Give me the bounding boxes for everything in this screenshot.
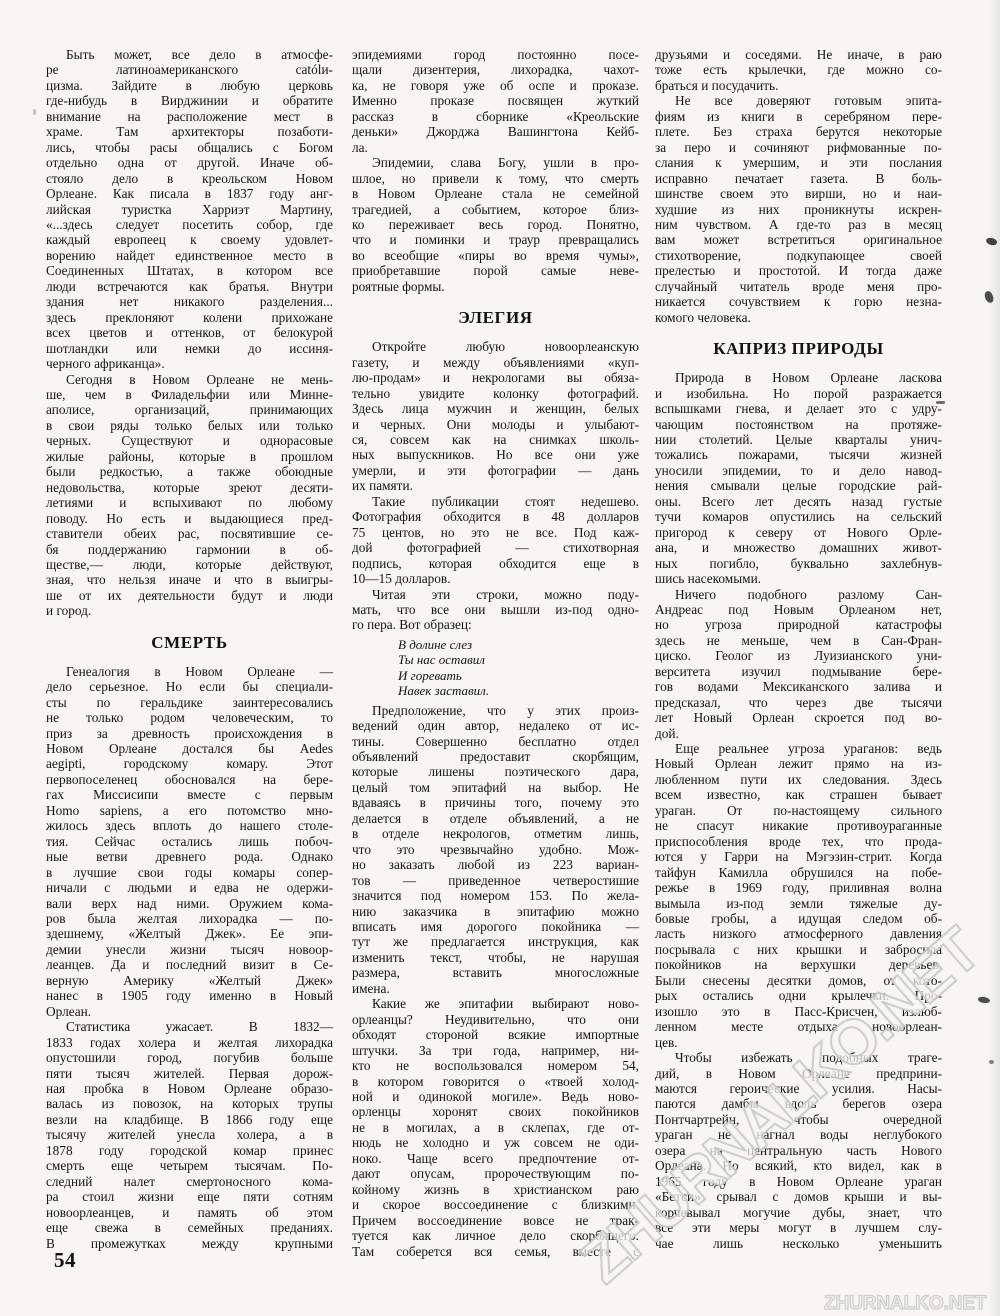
text-line: умерли, и эти фотографии — дань xyxy=(352,463,639,478)
text-line: нии столетий. Целые кварталы унич- xyxy=(655,432,942,447)
text-line: маются героические усилия. Насы- xyxy=(655,1081,942,1096)
text-line: стихотворение, подкупающее своей xyxy=(655,248,942,263)
text-line: которые лишены поэтического дара, xyxy=(352,764,639,779)
text-line: не в могилах, а в склепах, где от- xyxy=(352,1120,639,1135)
text-line: валась из повозок, на которых трупы xyxy=(46,1096,333,1111)
text-line: тут же предлагается инструкция, как xyxy=(352,934,639,949)
text-line: уносили эпидемии, то и дело навод- xyxy=(655,463,942,478)
text-line: Новом Орлеане достался бы Aedes xyxy=(46,741,333,756)
paragraph: Откройте любую новоорлеанскуюгазету, и м… xyxy=(352,339,639,494)
text-line: храме. Там архитекторы позаботи- xyxy=(46,124,333,139)
text-column-2: эпидемиями город постоянно посе-щали диз… xyxy=(352,47,639,1259)
text-line: изменить текст, чтобы, не нарушая xyxy=(352,950,639,965)
text-line: тайфун Камилла обрушился на побе- xyxy=(655,865,942,880)
text-line: ведений один автор, недалеко от ис- xyxy=(352,718,639,733)
text-line: мать, что все они вышли из-под одно- xyxy=(352,602,639,617)
section-heading: ЭЛЕГИЯ xyxy=(352,308,639,327)
text-line: отдельно одна от другой. Иначе об- xyxy=(46,155,333,170)
text-line: Ничего подобного разлому Сан- xyxy=(655,587,942,602)
text-line: Сегодня в Новом Орлеане не мень- xyxy=(46,372,333,387)
text-line: 1833 годах холера и желтая лихорадка xyxy=(46,1035,333,1050)
page-number: 54 xyxy=(54,1248,76,1273)
text-line: друзьями и соседями. Не иначе, в раю xyxy=(655,47,942,62)
text-line: и город. xyxy=(46,603,333,618)
text-line: чающим постоянством на протяже- xyxy=(655,417,942,432)
text-line: покойников на верхушки деревьев. xyxy=(655,957,942,972)
text-line: лю-продам» и некрологами вы обяза- xyxy=(352,370,639,385)
text-line: ураган. От по-настоящему сильного xyxy=(655,803,942,818)
text-line: цизма. Зайдите в любую церковь xyxy=(46,78,333,93)
text-line: шись насекомыми. xyxy=(655,571,942,586)
text-line: изошло это в Пасс-Крисчен, излюб- xyxy=(655,1004,942,1019)
text-line: Эпидемии, слава Богу, ушли в про- xyxy=(352,155,639,170)
poem-line: Навек заставил. xyxy=(398,683,639,698)
text-line: но заказать любой из 223 вариан- xyxy=(352,857,639,872)
scan-artifact xyxy=(989,1060,994,1064)
text-line: черных. Существуют и однорасовые xyxy=(46,433,333,448)
paragraph: Чтобы избежать подобных траге-дий, в Нов… xyxy=(655,1050,942,1251)
text-line: и скорое воссоединение с близкими. xyxy=(352,1197,639,1212)
text-line: не спасут никакие противоураганные xyxy=(655,818,942,833)
text-line: здесь не меньше, чем в Сан-Фран- xyxy=(655,633,942,648)
text-line: черного африканца». xyxy=(46,356,333,371)
text-line: Генеалогия в Новом Орлеане — xyxy=(46,664,333,679)
text-line: 1965 году в Новом Орлеане ураган xyxy=(655,1174,942,1189)
text-line: Соединенных Штатах, в котором все xyxy=(46,263,333,278)
text-line: размера, вставить многосложные xyxy=(352,965,639,980)
text-line: шинстве своем это вирши, но и наи- xyxy=(655,186,942,201)
text-line: делается в отделе объявлений, а не xyxy=(352,811,639,826)
text-line: имена. xyxy=(352,981,639,996)
text-line: тов — приведенное четверостишие xyxy=(352,873,639,888)
text-line: демии унесли жизни тысяч новоор- xyxy=(46,942,333,957)
text-line: шотландки или немки до иссиня- xyxy=(46,341,333,356)
text-line: цев. xyxy=(655,1035,942,1050)
text-line: 1878 году городской комар принес xyxy=(46,1143,333,1158)
text-line: aegipti, городскому комару. Этот xyxy=(46,756,333,771)
text-line: оны. Всего лет десять назад густые xyxy=(655,494,942,509)
text-line: Причем воссоединение вовсе не трак- xyxy=(352,1213,639,1228)
text-line: не только родом человеческим, то xyxy=(46,710,333,725)
text-line: в котором говорится о «твоей холод- xyxy=(352,1074,639,1089)
text-line: леанцев. Да и последний визит в Се- xyxy=(46,957,333,972)
paragraph: Еще реальнее угроза ураганов: ведьНовый … xyxy=(655,741,942,1050)
paragraph: Какие же эпитафии выбирают ново-орлеанцы… xyxy=(352,996,639,1259)
text-line: ров была желтая лихорадка — по- xyxy=(46,911,333,926)
text-line: случайный читатель вроде меня про- xyxy=(655,279,942,294)
scan-artifact xyxy=(33,109,36,115)
poem-block: В долине слезТы нас оставилИ гореватьНав… xyxy=(398,637,639,699)
text-line: ла. xyxy=(352,140,639,155)
text-line: ных погибло, буквально захлебнув- xyxy=(655,556,942,571)
paragraph: Быть может, все дело в атмосфе-ре латино… xyxy=(46,47,333,372)
text-line: Орлеане. Как писала в 1837 году анг- xyxy=(46,186,333,201)
text-line: ные ветви древнего рода. Однако xyxy=(46,849,333,864)
text-line: опустошили город, погубив больше xyxy=(46,1050,333,1065)
text-line: чае лишь несколько уменьшить xyxy=(655,1236,942,1251)
text-line: вспышками гнева, и делает это с удру- xyxy=(655,401,942,416)
text-line: люди встречаются как братья. Внутри xyxy=(46,279,333,294)
text-line: ноко. Чаще всего предпочтение от- xyxy=(352,1151,639,1166)
text-line: все эти меры могут в лучшем слу- xyxy=(655,1220,942,1235)
text-line: Понтчартрейн, чтобы очередной xyxy=(655,1112,942,1127)
text-line: исправно печатает газета. В боль- xyxy=(655,171,942,186)
text-line: здесь преклоняют колени прихожане xyxy=(46,310,333,325)
text-line: деньки» Джорджа Вашингтона Кейб- xyxy=(352,124,639,139)
text-line: верситета изучил подмывание бере- xyxy=(655,664,942,679)
text-line: в отделе некрологов, отметим лишь, xyxy=(352,826,639,841)
text-line: Homo sapiens, а его потомство мно- xyxy=(46,803,333,818)
text-line: приз за древность происхождения в xyxy=(46,726,333,741)
text-line: следний налет смертоносного кома- xyxy=(46,1174,333,1189)
text-line: дий, в Новом Орлеане предприни- xyxy=(655,1066,942,1081)
text-line: циско. Геолог из Луизианского уни- xyxy=(655,648,942,663)
text-line: ществе,— люди, которые действуют, xyxy=(46,557,333,572)
text-line: тысячу жителей унесла холера, а в xyxy=(46,1127,333,1142)
text-line: дой фотографией — стихотворная xyxy=(352,540,639,555)
text-line: «Бетси» срывал с домов крыши и вы- xyxy=(655,1189,942,1204)
text-line: ним чувством. А где-то раз в месяц xyxy=(655,217,942,232)
text-line: за перо и сочиняют рифмованные по- xyxy=(655,140,942,155)
text-line: Откройте любую новоорлеанскую xyxy=(352,339,639,354)
text-line: бя поддержанию гармонии в об- xyxy=(46,542,333,557)
text-line: Еще реальнее угроза ураганов: ведь xyxy=(655,741,942,756)
text-line: прелестью и простотой. И тогда даже xyxy=(655,263,942,278)
text-line: го пера. Вот образец: xyxy=(352,617,639,632)
text-line: вали верх над ними. Оружием кома- xyxy=(46,896,333,911)
text-line: недовольства, которые зреют десяти- xyxy=(46,480,333,495)
text-line: никается сочувствием к горю незна- xyxy=(655,294,942,309)
text-line: тельно увидите колонку фотографий. xyxy=(352,386,639,401)
text-line: рассказ в сборнике «Креольские xyxy=(352,109,639,124)
text-line: штучки. За три года, например, ни- xyxy=(352,1043,639,1058)
text-line: тожались пожарами, тысячи жизней xyxy=(655,447,942,462)
paragraph: Не все доверяют готовым эпита-фиям из кн… xyxy=(655,93,942,325)
text-column-3: друзьями и соседями. Не иначе, в раютоже… xyxy=(655,47,942,1251)
paragraph: Эпидемии, слава Богу, ушли в про-шлое, н… xyxy=(352,155,639,294)
text-line: вписать имя дорогого покойника — xyxy=(352,919,639,934)
magazine-page: { "page": { "number": "54", "paper_color… xyxy=(0,0,1000,1316)
text-line: дой. xyxy=(655,726,942,741)
text-line: жилые районы, которые в прошлом xyxy=(46,449,333,464)
text-line: Предположение, что у этих произ- xyxy=(352,703,639,718)
text-line: приспособления вроде тех, что прода- xyxy=(655,834,942,849)
text-line: худшие из них проникнуты искрен- xyxy=(655,202,942,217)
text-line: Не все доверяют готовым эпита- xyxy=(655,93,942,108)
text-line: ворению найдет единственное место в xyxy=(46,248,333,263)
poem-line: И горевать xyxy=(398,668,639,683)
text-line: ной и одинокой могиле». Ведь ново- xyxy=(352,1089,639,1104)
paragraph: эпидемиями город постоянно посе-щали диз… xyxy=(352,47,639,155)
text-line: лет Новый Орлеан скроется под во- xyxy=(655,710,942,725)
text-line: ся, совсем как на снимках школь- xyxy=(352,432,639,447)
text-line: здания нет никакого разделения... xyxy=(46,294,333,309)
text-line: любленном пути их следования. Здесь xyxy=(655,772,942,787)
text-line: 75 центов, но это не все. Под каж- xyxy=(352,525,639,540)
text-line: вам может встретиться оригинальное xyxy=(655,232,942,247)
text-line: стояло дело в креольском Новом xyxy=(46,171,333,186)
text-line: поводу. Но есть и выдающиеся пред- xyxy=(46,511,333,526)
text-column-1: Быть может, все дело в атмосфе-ре латино… xyxy=(46,47,333,1251)
text-line: ше от их деятельности будут и люди xyxy=(46,588,333,603)
text-line: туется как личное дело скорбящего. xyxy=(352,1228,639,1243)
text-line: жилось здесь вплоть до нашего столе- xyxy=(46,818,333,833)
text-line: Такие публикации стоят недешево. xyxy=(352,494,639,509)
text-line: гов водами Мексиканского залива и xyxy=(655,679,942,694)
text-line: Читая эти строки, можно поду- xyxy=(352,587,639,602)
text-line: Там соберется вся семья, вместе с xyxy=(352,1244,639,1259)
text-line: ше, чем в Филадельфии или Минне- xyxy=(46,387,333,402)
paragraph: Сегодня в Новом Орлеане не мень-ше, чем … xyxy=(46,372,333,619)
scan-artifact xyxy=(936,401,945,404)
text-line: ре латиноамериканского católи- xyxy=(46,62,333,77)
text-line: Чтобы избежать подобных траге- xyxy=(655,1050,942,1065)
text-line: вымыла из-под земли тяжелые ду- xyxy=(655,896,942,911)
text-line: внимание на расположение мест в xyxy=(46,109,333,124)
paragraph: Природа в Новом Орлеане ласковаи изобиль… xyxy=(655,370,942,586)
text-line: ласть низкого атмосферного давления xyxy=(655,926,942,941)
text-line: ставители обеих рас, посвятившие се- xyxy=(46,526,333,541)
text-line: ка, не говоря уже об оспе и проказе. xyxy=(352,78,639,93)
text-line: кто не воспользовался номером 54, xyxy=(352,1058,639,1073)
text-line: еще свежа в семейных преданиях. xyxy=(46,1220,333,1235)
text-line: лись, чтобы расы общались с Богом xyxy=(46,140,333,155)
text-line: Какие же эпитафии выбирают ново- xyxy=(352,996,639,1011)
text-line: ра стоил жизни еще пяти сотням xyxy=(46,1189,333,1204)
text-line: газету, и между объявлениями «куп- xyxy=(352,355,639,370)
text-line: дают опусам, пророчествующим по- xyxy=(352,1166,639,1181)
text-line: нюдь не холодно и уж совсем не оди- xyxy=(352,1135,639,1150)
text-line: Орлеана. Но всякий, кто видел, как в xyxy=(655,1158,942,1173)
text-line: ко переживает весь город. Понятно, xyxy=(352,217,639,232)
text-line: ная пробка в Новом Орлеане образо- xyxy=(46,1081,333,1096)
text-line: пригород к северу от Нового Орле- xyxy=(655,525,942,540)
text-line: тия. Сейчас остались лишь побоч- xyxy=(46,834,333,849)
text-line: слания к умершим, и эти послания xyxy=(655,155,942,170)
text-line: целый том эпитафий на выбор. Не xyxy=(352,780,639,795)
text-line: орленцы хоронят своих покойников xyxy=(352,1104,639,1119)
text-line: пяти тысяч жителей. Первая дорож- xyxy=(46,1066,333,1081)
text-line: ются у Гарри на Мэгэзин-стрит. Когда xyxy=(655,849,942,864)
paragraph: Такие публикации стоят недешево.Фотограф… xyxy=(352,494,639,587)
text-line: летиями и вспыхивают по любому xyxy=(46,495,333,510)
text-line: что это чрезвычайно удобно. Мож- xyxy=(352,842,639,857)
paragraph: Генеалогия в Новом Орлеане —дело серьезн… xyxy=(46,664,333,1019)
text-line: Здесь лица мужчин и женщин, белых xyxy=(352,401,639,416)
text-line: в лучшие свои годы комары сопер- xyxy=(46,865,333,880)
text-line: Новый Орлеан лежит прямо на из- xyxy=(655,756,942,771)
text-line: «...здесь следует посетить собор, где xyxy=(46,217,333,232)
text-line: новоорлеанцев, и память об этом xyxy=(46,1205,333,1220)
text-line: значится под номером 153. По жела- xyxy=(352,888,639,903)
text-line: ных выпускников. Но все они уже xyxy=(352,447,639,462)
text-line: были редкостью, а также обоюдные xyxy=(46,464,333,479)
text-line: ураган не нагнал воды неглубокого xyxy=(655,1127,942,1142)
text-line: койному жизнь в христианском раю xyxy=(352,1182,639,1197)
text-line: вдаваясь в причины того, почему это xyxy=(352,795,639,810)
text-line: бовые гробы, а идущая следом об- xyxy=(655,911,942,926)
paragraph: Читая эти строки, можно поду-мать, что в… xyxy=(352,587,639,633)
text-line: ленном месте отдыха новоорлеан- xyxy=(655,1019,942,1034)
text-line: в Новом Орлеане стала не семейной xyxy=(352,186,639,201)
text-line: Именно проказе посвящен жуткий xyxy=(352,93,639,108)
text-line: рых остались одни крылечки. Про- xyxy=(655,988,942,1003)
text-line: шлое, но привели к тому, что смерть xyxy=(352,171,639,186)
text-line: что и поминки и траур превращались xyxy=(352,232,639,247)
text-line: зная, что нельзя иначе и что в выигры- xyxy=(46,572,333,587)
text-line: роятные формы. xyxy=(352,279,639,294)
text-line: объявлений предоставит скорбящим, xyxy=(352,749,639,764)
text-line: Природа в Новом Орлеане ласкова xyxy=(655,370,942,385)
paragraph: друзьями и соседями. Не иначе, в раютоже… xyxy=(655,47,942,93)
text-line: щали дизентерия, лихорадка, чахот- xyxy=(352,62,639,77)
text-line: посрывала с них крышки и забросила xyxy=(655,942,942,957)
text-line: тоже есть крылечки, где можно со- xyxy=(655,62,942,77)
text-line: смерть еще четырем тысячам. По- xyxy=(46,1158,333,1173)
text-line: эпидемиями город постоянно посе- xyxy=(352,47,639,62)
text-line: первопоселенец обосновался на бере- xyxy=(46,772,333,787)
text-line: В промежутках между крупными xyxy=(46,1236,333,1251)
text-line: орлеанцы? Неудивительно, что они xyxy=(352,1012,639,1027)
text-line: корчевывал могучие дубы, знает, что xyxy=(655,1205,942,1220)
text-line: здешнему, «Желтый Джек». Ее эпи- xyxy=(46,926,333,941)
paragraph: Предположение, что у этих произ-ведений … xyxy=(352,703,639,997)
text-line: Быть может, все дело в атмосфе- xyxy=(46,47,333,62)
text-line: нию заказчика в эпитафию можно xyxy=(352,904,639,919)
text-line: подпись, которая обходится еще в xyxy=(352,556,639,571)
paragraph: Статистика ужасает. В 1832—1833 годах хо… xyxy=(46,1019,333,1251)
text-line: везли на кладбище. В 1866 году еще xyxy=(46,1112,333,1127)
section-heading: КАПРИЗ ПРИРОДЫ xyxy=(655,339,942,358)
text-line: режье в 1969 году, приливная волна xyxy=(655,880,942,895)
text-line: но угроза природной катастрофы xyxy=(655,617,942,632)
text-line: паются дамбы вдоль берегов озера xyxy=(655,1096,942,1111)
text-line: обходят стороной всякие импортные xyxy=(352,1027,639,1042)
text-line: Фотография обходится в 48 долларов xyxy=(352,509,639,524)
text-line: нанес в 1905 году именно в Новый xyxy=(46,988,333,1003)
text-line: дело серьезное. Но если бы специали- xyxy=(46,679,333,694)
text-line: Андреас под Новым Орлеаном нет, xyxy=(655,602,942,617)
text-line: в свои ряды только белых или только xyxy=(46,418,333,433)
text-line: фиям из книги в серебряном пере- xyxy=(655,109,942,124)
text-line: 10—15 долларов. xyxy=(352,571,639,586)
text-line: Были снесены десятки домов, от кото- xyxy=(655,973,942,988)
page-edge-shadow xyxy=(988,0,1000,1316)
text-line: приобретавшие порой самые неве- xyxy=(352,263,639,278)
text-line: лийская туристка Харриэт Мартину, xyxy=(46,202,333,217)
text-line: каждый европеец к своему удовлет- xyxy=(46,232,333,247)
text-line: верную Америку «Желтый Джек» xyxy=(46,973,333,988)
text-line: Орлеан. xyxy=(46,1004,333,1019)
text-line: и черных. Они молоды и улыбают- xyxy=(352,417,639,432)
text-line: озера на центральную часть Нового xyxy=(655,1143,942,1158)
poem-line: В долине слез xyxy=(398,637,639,652)
text-line: сты по геральдике заинтересовались xyxy=(46,695,333,710)
text-line: аполисе, организаций, принимающих xyxy=(46,402,333,417)
paragraph: Ничего подобного разлому Сан-Андреас под… xyxy=(655,587,942,742)
text-line: и изобильна. Но порой разражается xyxy=(655,386,942,401)
poem-line: Ты нас оставил xyxy=(398,652,639,667)
watermark-corner: ZHURNALKO.NET xyxy=(824,1293,988,1314)
text-line: гах Миссисипи вместе с первым xyxy=(46,787,333,802)
section-heading: СМЕРТЬ xyxy=(46,633,333,652)
text-line: плете. Без страха берутся некоторые xyxy=(655,124,942,139)
text-line: Статистика ужасает. В 1832— xyxy=(46,1019,333,1034)
text-line: браться и посудачить. xyxy=(655,78,942,93)
text-line: всем известно, как страшен бывает xyxy=(655,787,942,802)
text-line: ничали с людьми и едва не одержи- xyxy=(46,880,333,895)
text-line: тучи комаров опустились на сельский xyxy=(655,509,942,524)
text-line: нения смывали целые городские рай- xyxy=(655,478,942,493)
text-line: всех цветов и оттенков, от белокурой xyxy=(46,325,333,340)
text-line: ана, и множество домашних живот- xyxy=(655,540,942,555)
text-line: комого человека. xyxy=(655,310,942,325)
text-line: их памяти. xyxy=(352,478,639,493)
text-line: предсказал, что через две тысячи xyxy=(655,695,942,710)
text-line: где-нибудь в Вирджинии и обратите xyxy=(46,93,333,108)
text-line: во всеобщие «пиры во время чумы», xyxy=(352,248,639,263)
text-line: трагедией, а событием, которое близ- xyxy=(352,202,639,217)
text-line: тины. Совершенно бесплатно отдел xyxy=(352,734,639,749)
